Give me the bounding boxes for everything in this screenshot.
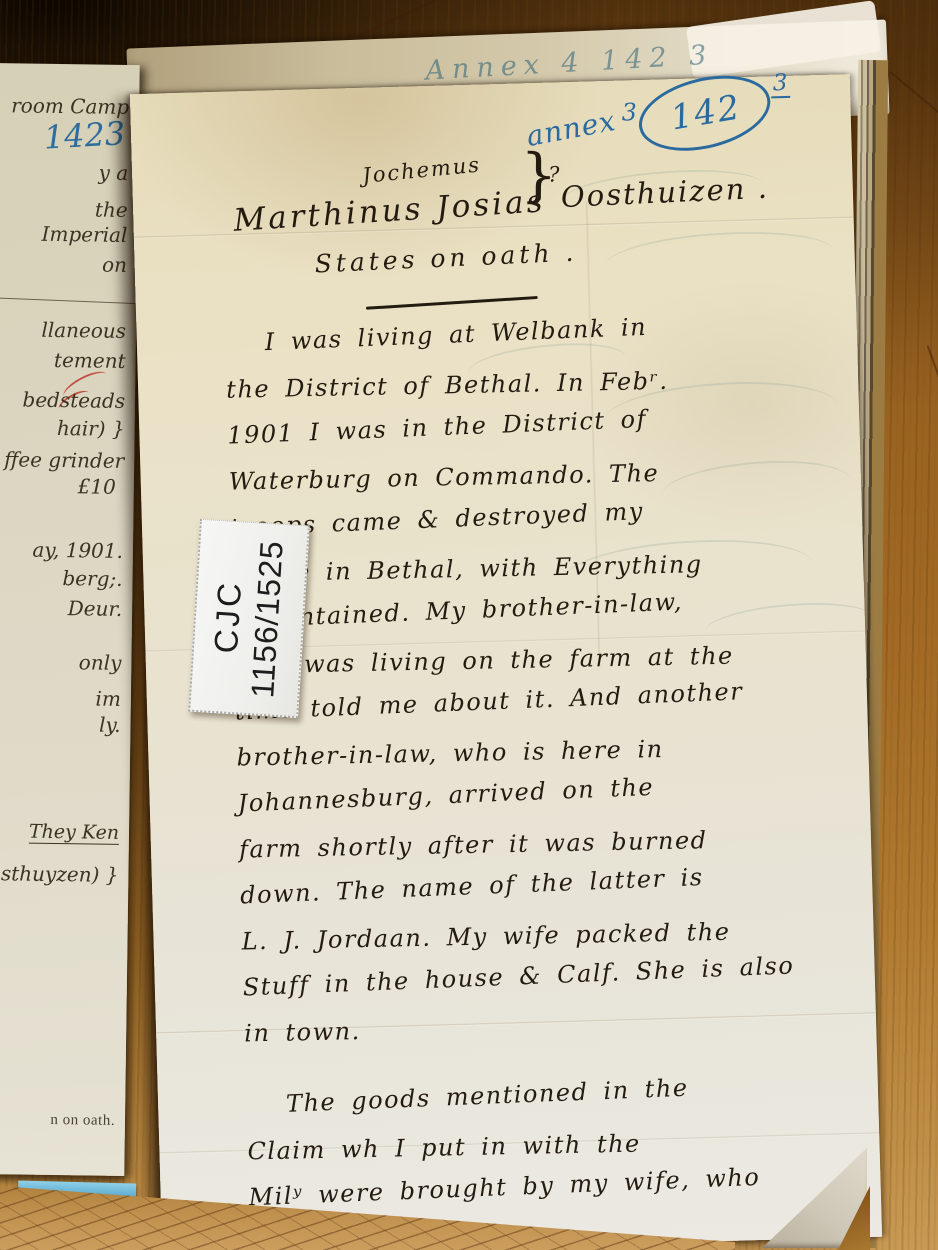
wood-scratch: [890, 71, 938, 130]
left-page-printed-fragment: n on oath.: [50, 1112, 115, 1130]
handwritten-line: in town.: [244, 1007, 853, 1065]
left-page-divider: [0, 297, 136, 304]
left-page-fragment: ffee grinder: [4, 447, 124, 473]
left-page-fragment: £10: [78, 474, 117, 499]
states-on-oath-line: States on oath .: [314, 238, 578, 279]
left-page-fragment: the: [95, 198, 128, 222]
left-page-fragment: im: [95, 687, 121, 711]
annex-number: 3: [621, 98, 637, 126]
deponent-alt-name: Jochemus: [361, 152, 482, 187]
left-page-fragment: ly.: [99, 713, 121, 737]
crumpled-corner-highlight: [686, 0, 881, 79]
heading-underline: [366, 296, 538, 310]
archive-reference-text: CJC 1156/1525: [188, 520, 305, 716]
left-page-fragment: hair) }: [57, 416, 125, 441]
photo-of-archival-document: Annex 4 142 3 room Camp 1423 y a the Imp…: [0, 0, 938, 1250]
left-page-fragment: y a: [98, 161, 128, 185]
left-page-fragment: bedsteads: [22, 388, 125, 413]
left-page-fragment: Imperial: [41, 222, 127, 247]
left-page-fragment: sthuyzen) }: [1, 861, 119, 887]
left-page-fragment: berg;.: [62, 566, 122, 591]
circled-number: 142: [668, 87, 745, 138]
ink-bleedthrough-mark: [603, 226, 836, 292]
deponent-surname: Oosthuizen .: [560, 171, 769, 214]
statement-paragraph-1: I was living at Welbank in the District …: [225, 313, 853, 1066]
blue-annex-annotation: annex 3 142 3: [525, 83, 827, 171]
left-partial-page: room Camp 1423 y a the Imperial on llane…: [0, 63, 140, 1176]
archive-ref-number: 1156/1525: [244, 539, 291, 699]
annotation-superscript: 3: [770, 70, 789, 99]
left-page-fragment: Deur.: [68, 596, 123, 621]
archive-reference-sticker: CJC 1156/1525: [188, 519, 310, 718]
left-page-fragment: only: [79, 650, 122, 675]
left-page-fragment: on: [102, 253, 127, 277]
left-page-blue-number: 1423: [42, 114, 125, 156]
statement-paragraph-2: The goods mentioned in the Claim wh I pu…: [246, 1074, 858, 1229]
left-page-underlined-fragment: They Ken: [29, 821, 119, 845]
wood-scratch: [927, 345, 938, 496]
archive-org-code: CJC: [206, 579, 248, 654]
left-page-fragment: llaneous: [41, 318, 126, 343]
left-page-fragment: tement: [54, 348, 126, 373]
left-page-fragment: ay, 1901.: [32, 538, 123, 563]
query-mark: ?: [548, 162, 560, 186]
